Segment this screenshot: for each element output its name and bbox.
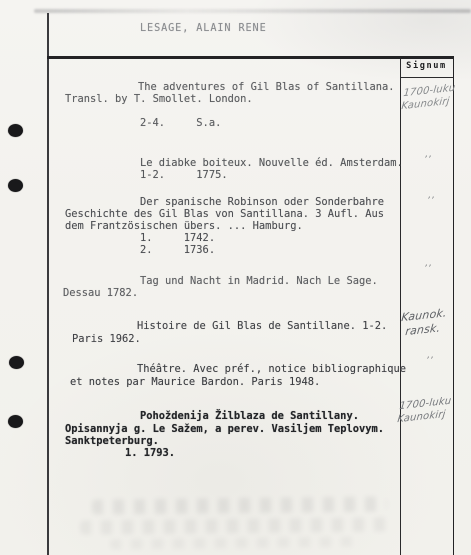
- signum-column-right-rule: [453, 57, 455, 555]
- entry-4-line: Tag und Nacht in Madrid. Nach Le Sage.: [140, 276, 378, 287]
- entry-7-line: Opisannyja g. Le Sažem, a perev. Vasilje…: [65, 424, 384, 435]
- hole-punch: [8, 179, 23, 192]
- ditto-mark: ’’: [424, 264, 432, 274]
- hole-punch: [9, 356, 24, 369]
- entry-5-line: Paris 1962.: [72, 334, 141, 345]
- entry-7-line: Sanktpeterburg.: [65, 436, 159, 447]
- signum-column-left-rule: [400, 57, 401, 555]
- ditto-mark: ’’: [424, 155, 432, 165]
- entry-2-line: Le diabke boiteux. Nouvelle éd. Amsterda…: [140, 158, 403, 169]
- entry-3-line: Geschichte des Gil Blas von Santillana. …: [65, 209, 384, 220]
- signum-annotation: ransk.: [405, 322, 441, 338]
- hole-punch: [8, 124, 23, 137]
- entry-4-line: Dessau 1782.: [63, 288, 138, 299]
- author-heading: LESAGE, ALAIN RENE: [140, 23, 267, 34]
- bleed-through-ghost: [92, 496, 387, 514]
- scan-streak-artifact: [34, 9, 471, 13]
- entry-2-volumes: 1-2. 1775.: [140, 170, 228, 181]
- ditto-mark: ’’: [426, 356, 434, 366]
- entry-1-line: The adventures of Gil Blas of Santillana…: [138, 82, 394, 93]
- bleed-through-ghost: [110, 537, 360, 550]
- entry-3-volumes: 1. 1742.: [140, 233, 215, 244]
- entry-3-line: Der spanische Robinson oder Sonderbahre: [140, 197, 384, 208]
- entry-6-line: Théâtre. Avec préf., notice bibliographi…: [137, 364, 406, 375]
- ditto-mark: ’’: [427, 196, 435, 206]
- catalog-card-scan: LESAGE, ALAIN RENE Signum The adventures…: [0, 0, 471, 555]
- signum-column-header: Signum: [400, 61, 453, 71]
- entry-7-volumes: 1. 1793.: [125, 448, 175, 459]
- entry-6-line: et notes par Maurice Bardon. Paris 1948.: [70, 377, 320, 388]
- bleed-through-ghost: [80, 517, 390, 534]
- entry-1-volumes: 2-4. S.a.: [140, 118, 221, 129]
- entry-7-line: Pohoždenija Žilblaza de Santillany.: [140, 411, 359, 422]
- card-border-left: [47, 13, 49, 555]
- entry-5-line: Histoire de Gil Blas de Santillane. 1-2.: [137, 321, 387, 332]
- entry-3-line: dem Frantzösischen übers. ... Hamburg.: [65, 221, 303, 232]
- entry-1-line: Transl. by T. Smollet. London.: [65, 94, 253, 105]
- entry-3-volumes: 2. 1736.: [140, 245, 215, 256]
- signum-header-bottom-rule: [400, 77, 454, 78]
- table-top-rule: [47, 56, 454, 59]
- hole-punch: [8, 415, 23, 428]
